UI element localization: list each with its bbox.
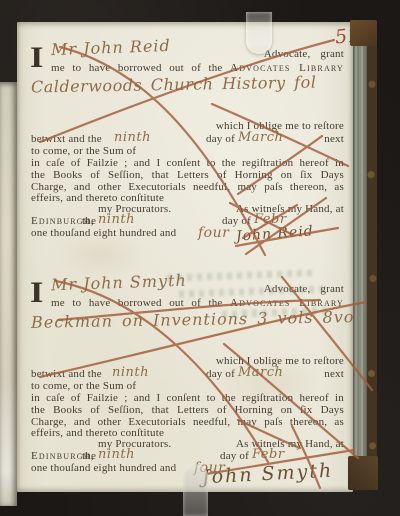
signed-day-handwritten: ninth — [98, 212, 135, 227]
failzie-line: in caſe of Failzie ; and I conſent to th… — [31, 392, 344, 404]
witness-label: As witneſs my Hand, at — [236, 203, 344, 215]
page-edges-textblock — [353, 42, 367, 470]
the-label: the — [82, 450, 96, 462]
facing-page-edge — [0, 82, 17, 506]
borrowed-line-text: me to have borrowed out of the — [51, 62, 223, 74]
drop-cap-initial: I — [30, 280, 43, 306]
restore-day-handwritten: ninth — [114, 130, 151, 145]
restore-month-handwritten: March — [238, 130, 283, 145]
restore-month-handwritten: March — [238, 365, 283, 380]
signed-month-handwritten: Febr — [252, 447, 285, 462]
signed-year-handwritten: four — [198, 225, 229, 241]
borrowed-line-text: me to have borrowed out of the — [51, 297, 223, 309]
board-edge — [367, 30, 377, 482]
borrow-entry-reid: I Mr John Reid Advocate, grant me to hav… — [30, 44, 345, 276]
digitization-strap-top — [246, 12, 272, 54]
betwixt-label: betwixt and the — [31, 133, 102, 145]
betwixt-label: betwixt and the — [31, 368, 102, 380]
books-line: the Books of Seſſion, that Letters of Ho… — [31, 169, 344, 181]
restore-day-handwritten: ninth — [112, 365, 149, 380]
year-line: one thouſand eight hundred and — [31, 227, 176, 239]
failzie-line: in caſe of Failzie ; and I conſent to th… — [31, 157, 344, 169]
year-line: one thouſand eight hundred and — [31, 462, 176, 474]
book-title-handwritten: Calderwoods Church History fol — [31, 73, 317, 97]
sum-line: to come, or the Sum of — [31, 145, 344, 157]
book-photo: 51. I Mr John Reid Advocate, grant me to… — [0, 0, 400, 516]
next-label: next — [324, 133, 344, 145]
ledger-page: 51. I Mr John Reid Advocate, grant me to… — [17, 22, 353, 492]
digitization-strap-bottom — [183, 464, 208, 516]
grant-label: Advocate, grant — [264, 48, 344, 60]
sum-line: to come, or the Sum of — [31, 380, 344, 392]
drop-cap-initial: I — [30, 45, 43, 71]
borrower-name: Mr John Reid — [51, 36, 171, 59]
next-label: next — [324, 368, 344, 380]
binding-corner-top — [350, 20, 377, 46]
day-of-label: day of — [206, 133, 235, 145]
the-label: the — [82, 215, 96, 227]
binding-corner-bottom — [348, 456, 378, 490]
books-line: the Books of Seſſion, that Letters of Ho… — [31, 404, 344, 416]
day-of-label: day of — [206, 368, 235, 380]
signed-day-handwritten: ninth — [98, 447, 135, 462]
